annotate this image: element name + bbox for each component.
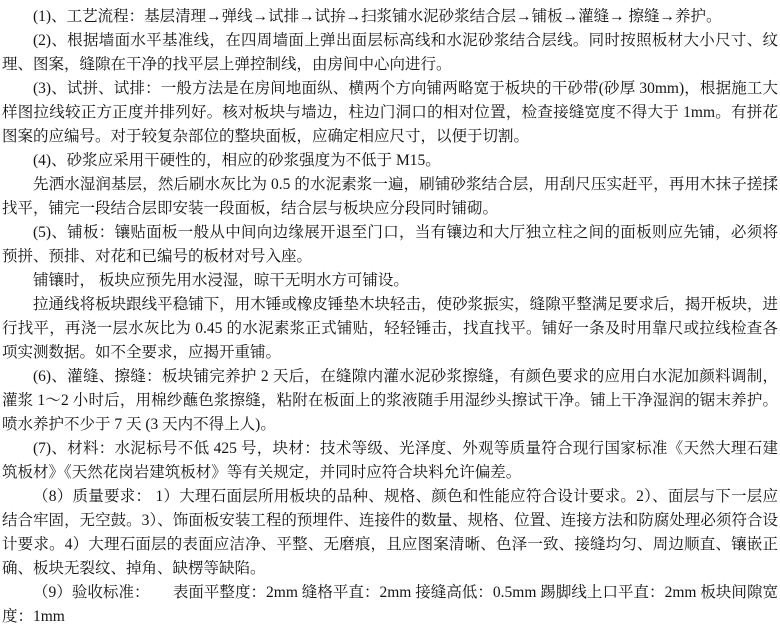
- paragraph-mortar-strength: (4)、砂浆应采用干硬性的，相应的砂浆强度为不低于 M15。: [2, 149, 778, 173]
- paragraph-materials: (7)、材料：水泥标号不低 425 号，块材：技术等级、光泽度、外观等质量符合现…: [2, 437, 778, 485]
- paragraph-board-laying: (5)、铺板：镶贴面板一般从中间向边缘展开退至门口，当有镶边和大厅独立柱之间的面…: [2, 221, 778, 269]
- paragraph-trial-layout: (3)、试拼、试排：一般方法是在房间地面纵、横两个方向铺两略宽于板块的干砂带(砂…: [2, 77, 778, 149]
- paragraph-datum-lines: (2)、根据墙面水平基准线，在四周墙面上弹出面层标高线和水泥砂浆结合层线。同时按…: [2, 29, 778, 77]
- paragraph-grouting-jointing: (6)、灌缝、擦缝：板块铺完养护 2 天后，在缝隙内灌水泥砂浆擦缝，有颜色要求的…: [2, 365, 778, 437]
- paragraph-acceptance-criteria: （9）验收标准： 表面平整度：2mm 缝格平直：2mm 接缝高低：0.5mm 踢…: [2, 581, 778, 629]
- paragraph-base-wetting: 先洒水湿润基层，然后刷水灰比为 0.5 的水泥素浆一遍，刷铺砂浆结合层，用刮尺压…: [2, 173, 778, 221]
- paragraph-leveling-relaying: 拉通线将板块跟线平稳铺下，用木锤或橡皮锤垫木块轻击，使砂浆振实，缝隙平整满足要求…: [2, 293, 778, 365]
- paragraph-process-flow: (1)、工艺流程：基层清理→弹线→试排→试拚→扫浆铺水泥砂浆结合层→铺板→灌缝→…: [2, 5, 778, 29]
- document-page: { "document": { "language": "zh-CN", "ba…: [0, 0, 780, 629]
- paragraph-quality-requirements: （8）质量要求： 1）大理石面层所用板块的品种、规格、颜色和性能应符合设计要求。…: [2, 485, 778, 581]
- document-body: (1)、工艺流程：基层清理→弹线→试排→试拚→扫浆铺水泥砂浆结合层→铺板→灌缝→…: [0, 0, 780, 629]
- paragraph-board-soaking: 铺镶时， 板块应预先用水浸湿，晾干无明水方可铺设。: [2, 269, 778, 293]
